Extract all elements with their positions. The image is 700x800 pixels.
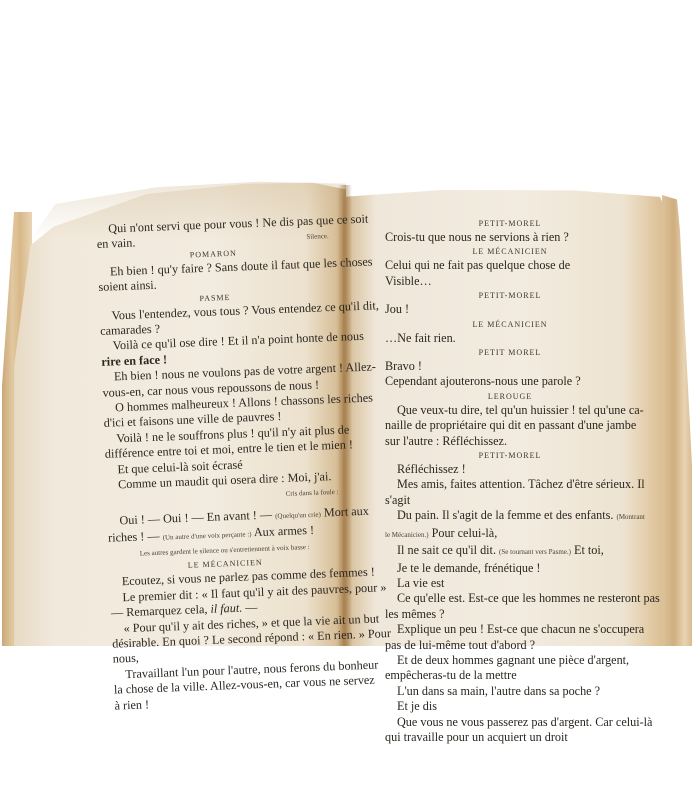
text-line: Crois-tu que nous ne servions à rien ? [385, 230, 635, 245]
text-line: Et de deux hommes gagnant une pièce d'ar… [385, 653, 635, 668]
text-line: Visible… [385, 274, 635, 289]
text-line: les mêmes ? [385, 607, 635, 622]
right-page-fore-edge [662, 195, 692, 646]
text-line: naille de propriétaire qui dit en passan… [385, 418, 635, 433]
speaker-name: PETIT-MOREL [385, 217, 635, 230]
text-line: qui travaille pour un acquiert un droit [385, 730, 635, 745]
text-line: pas de lui-même tout d'abord ? [385, 638, 635, 653]
stage-direction: (Montrant [616, 513, 644, 521]
text-line: Que veux-tu dire, tel qu'un huissier ! t… [385, 403, 635, 418]
text-line: le Mécanicien.) Pour celui-là, [385, 526, 635, 543]
text-line: Et je dis [385, 699, 635, 714]
speaker-name: PETIT MOREL [385, 346, 635, 359]
text-line: Ce qu'elle est. Est-ce que les hommes ne… [385, 591, 635, 606]
speaker-name: LE MÉCANICIEN [385, 245, 635, 258]
text-line: sur l'autre : Réfléchissez. [385, 434, 635, 449]
text-line: Il ne sait ce qu'il dit. (Se tournant ve… [385, 543, 635, 560]
speaker-name: LEROUGE [385, 390, 635, 403]
text-line: Celui qui ne fait pas quelque chose de [385, 258, 635, 273]
text-line: s'agit [385, 493, 635, 508]
speaker-name: PETIT-MOREL [385, 289, 635, 302]
right-page-text: PETIT-MOREL Crois-tu que nous ne servion… [385, 217, 635, 745]
open-book-photo: Qui n'ont servi que pour vous ! Ne dis p… [0, 0, 700, 800]
stage-direction: le Mécanicien.) [385, 531, 429, 539]
text-line: L'un dans sa main, l'autre dans sa poche… [385, 684, 635, 699]
text-line: Cependant ajouterons-nous une parole ? [385, 374, 635, 389]
text-line: …Ne fait rien. [385, 331, 635, 346]
speaker-name: PETIT-MOREL [385, 449, 635, 462]
text-line: Mes amis, faites attention. Tâchez d'êtr… [385, 477, 635, 492]
speaker-name: LE MÉCANICIEN [385, 318, 635, 331]
stage-direction: (Quelqu'un crie) [275, 510, 321, 520]
text-line: La vie est [385, 576, 635, 591]
stage-direction: (Se tournant vers Pasme.) [499, 548, 571, 556]
text-line: Du pain. Il s'agit de la femme et des en… [385, 508, 635, 525]
text-line: empêcheras-tu de la mettre [385, 668, 635, 683]
text-line: Jou ! [385, 302, 635, 317]
text-line: Que vous ne vous passerez pas d'argent. … [385, 715, 635, 730]
text-line: Je te le demande, frénétique ! [385, 561, 635, 576]
stage-direction: (Un autre d'une voix perçante :) [163, 530, 252, 541]
text-line: Réfléchissez ! [385, 462, 635, 477]
text-line: Bravo ! [385, 359, 635, 374]
left-page-text: Qui n'ont servi que pour vous ! Ne dis p… [96, 213, 347, 714]
text-line: Explique un peu ! Est-ce que chacun ne s… [385, 622, 635, 637]
